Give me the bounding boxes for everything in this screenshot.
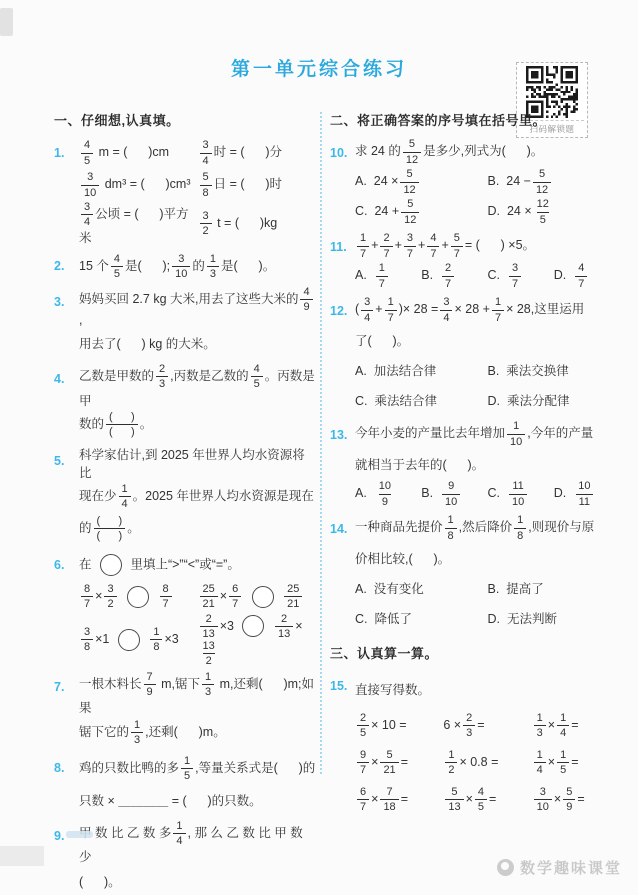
fraction: 14 (173, 820, 185, 847)
question-line: 今年小麦的产量比去年增加110,今年的产量 (355, 419, 620, 449)
fraction: 512 (400, 168, 418, 195)
fraction: 47 (575, 262, 587, 289)
fraction: ( )( ) (106, 411, 138, 438)
fraction: 37 (404, 232, 416, 259)
question-cell: 科学家估计,到 2025 年世界人均水资源将比 (79, 445, 316, 481)
question-14: 14.一种商品先提价18,然后降价18,则现价与原价相比较,( )。A. 没有变… (330, 513, 620, 633)
question-cell: 45 m = ( )cm (79, 139, 198, 166)
fraction: 513 (445, 786, 463, 813)
question-cell: 38×1 18×3 (79, 626, 198, 653)
question-line: 一种商品先提价18,然后降价18,则现价与原 (355, 513, 620, 543)
right-column: 二、将正确答案的序号填在括号里。 10.求 24 的512是多少,列式为( )。… (326, 108, 620, 895)
question-line: 价相比较,( )。 (355, 543, 620, 573)
fraction: 17 (492, 296, 504, 323)
question-cell: 直接写得数。 (355, 680, 620, 698)
comparison-circle (252, 586, 274, 608)
question-cell: 513×45= (443, 786, 531, 813)
question-cell: 锯下它的13,还剩( )m。 (79, 719, 316, 746)
question-cell: 213×3 213×132 (198, 613, 317, 667)
question-cell: 乙数是甲数的23,丙数是乙数的45。丙数是甲 (79, 363, 316, 408)
fraction: 23 (463, 712, 475, 739)
question-cell: A. 109 (355, 480, 421, 507)
section-3-questions: 15.直接写得数。25× 10 =6 ×23=13×14=97×521=12× … (330, 670, 620, 818)
question-cell: B. 24 −512 (488, 168, 621, 195)
question-cell: 数的( )( )。 (79, 411, 316, 438)
question-body: 15 个45是( );310的13是( )。 (79, 250, 316, 282)
question-line: 甲 数 比 乙 数 多14, 那 么 乙 数 比 甲 数 少 (79, 820, 316, 865)
fraction: 87 (160, 583, 172, 610)
fraction: 310 (172, 253, 190, 280)
question-line: 现在少14。2025 年世界人均水资源是现在 (79, 481, 316, 513)
fraction: 1011 (575, 480, 593, 507)
question-cell: 妈妈买回 2.7 kg 大米,用去了这些大米的49, (79, 286, 316, 327)
question-number: 6. (54, 549, 79, 667)
question-cell: 一种商品先提价18,然后降价18,则现价与原 (355, 514, 620, 541)
fraction: 2521 (200, 583, 218, 610)
fraction: 110 (507, 420, 525, 447)
fraction: 512 (401, 198, 419, 225)
question-6: 6.在 里填上“>”“<”或“=”。87×32 872521×67 252138… (54, 549, 316, 667)
fraction: 34 (361, 296, 373, 323)
fraction: 45 (111, 253, 123, 280)
question-line: 鸡的只数比鸭的多15,等量关系式是( )的 (79, 752, 316, 784)
fraction: 34 (440, 296, 452, 323)
question-cell: 12× 0.8 = (443, 749, 531, 776)
question-line: 310 dm³ = ( )cm³58日 = ( )时 (79, 169, 316, 201)
question-body: 乙数是甲数的23,丙数是乙数的45。丙数是甲数的( )( )。 (79, 363, 316, 440)
question-cell: 用去了( ) kg 的大米。 (79, 334, 316, 352)
fraction: 213 (275, 613, 293, 640)
question-cell: A. 24 ×512 (355, 168, 488, 195)
question-line: A. 24 ×512B. 24 −512 (355, 167, 620, 197)
fraction: 67 (357, 786, 369, 813)
fraction: 37 (509, 262, 521, 289)
question-1: 1.45 m = ( )cm34时 = ( )分310 dm³ = ( )cm³… (54, 137, 316, 246)
question-body: 今年小麦的产量比去年增加110,今年的产量就相当于去年的( )。A. 109B.… (355, 419, 620, 509)
left-column: 一、仔细想,认真填。 1.45 m = ( )cm34时 = ( )分310 d… (54, 108, 316, 895)
question-cell: B. 910 (421, 480, 487, 507)
fraction: 132 (200, 640, 218, 667)
question-line: A. 加法结合律B. 乘法交换律 (355, 355, 620, 385)
question-cell: 价相比较,( )。 (355, 549, 620, 567)
question-cell: 34公顷 = ( )平方米 (79, 201, 198, 246)
question-body: 鸡的只数比鸭的多15,等量关系式是( )的只数 × ＿＿＿＿ = ( )的只数。 (79, 752, 316, 816)
question-number: 13. (330, 419, 355, 509)
fraction: 310 (534, 786, 552, 813)
question-cell: 14×15= (532, 749, 620, 776)
comparison-circle (100, 554, 122, 576)
question-line: 就相当于去年的( )。 (355, 449, 620, 479)
question-13: 13.今年小麦的产量比去年增加110,今年的产量就相当于去年的( )。A. 10… (330, 419, 620, 509)
question-line: 87×32 872521×67 2521 (79, 581, 316, 613)
fraction: 12 (445, 749, 457, 776)
question-cell: 鸡的只数比鸭的多15,等量关系式是( )的 (79, 755, 316, 782)
section-2-header: 二、将正确答案的序号填在括号里。 (330, 110, 620, 129)
question-cell: 求 24 的512是多少,列式为( )。 (355, 138, 620, 165)
question-cell: B. 提高了 (488, 579, 621, 597)
question-number: 7. (54, 671, 79, 748)
fraction: 910 (442, 480, 460, 507)
question-body: 一根木料长79 m,锯下13 m,还剩( )m;如果锯下它的13,还剩( )m。 (79, 671, 316, 748)
question-cell: C. 37 (488, 262, 554, 289)
question-body: 45 m = ( )cm34时 = ( )分310 dm³ = ( )cm³58… (79, 137, 316, 246)
question-cell: 2521×67 2521 (198, 583, 317, 610)
question-cell: A. 没有变化 (355, 579, 488, 597)
fraction: 45 (81, 139, 93, 166)
fraction: 125 (534, 198, 552, 225)
question-line: 25× 10 =6 ×23=13×14= (355, 707, 620, 744)
question-cell: C. 乘法结合律 (355, 391, 488, 409)
fraction: 13 (202, 671, 214, 698)
question-line: C. 降低了D. 无法判断 (355, 603, 620, 633)
fraction: 13 (534, 712, 546, 739)
question-line: (34+17)× 28 =34× 28 +17× 28,这里运用 (355, 295, 620, 325)
question-cell: 的( )( )。 (79, 515, 316, 542)
question-line: 了( )。 (355, 325, 620, 355)
question-line: 34公顷 = ( )平方米32 t = ( )kg (79, 201, 316, 246)
comparison-circle (118, 629, 140, 651)
question-4: 4.乙数是甲数的23,丙数是乙数的45。丙数是甲数的( )( )。 (54, 363, 316, 440)
question-line: 一根木料长79 m,锯下13 m,还剩( )m;如果 (79, 671, 316, 716)
question-line: A. 17B. 27C. 37D. 47 (355, 261, 620, 291)
question-cell: 87×32 87 (79, 583, 198, 610)
question-8: 8.鸡的只数比鸭的多15,等量关系式是( )的只数 × ＿＿＿＿ = ( )的只… (54, 752, 316, 816)
question-body: 甲 数 比 乙 数 多14, 那 么 乙 数 比 甲 数 少( )。 (79, 820, 316, 895)
fraction: 38 (81, 626, 93, 653)
fraction: 17 (385, 296, 397, 323)
question-line: 妈妈买回 2.7 kg 大米,用去了这些大米的49, (79, 286, 316, 327)
fraction: 14 (557, 712, 569, 739)
fraction: 32 (200, 210, 212, 237)
question-line: 只数 × ＿＿＿＿ = ( )的只数。 (79, 784, 316, 816)
page-number-smudge (66, 831, 93, 838)
fraction: 17 (357, 232, 369, 259)
question-cell: 17+27+37+47+57= ( ) ×5。 (355, 232, 620, 259)
question-cell: 97×521= (355, 749, 443, 776)
question-number: 14. (330, 513, 355, 633)
question-12: 12.(34+17)× 28 =34× 28 +17× 28,这里运用了( )。… (330, 295, 620, 415)
question-cell: D. 47 (554, 262, 620, 289)
fraction: 27 (442, 262, 454, 289)
fraction: 512 (533, 168, 551, 195)
question-cell: D. 24 ×125 (488, 198, 621, 225)
question-cell: 6 ×23= (443, 712, 531, 739)
question-body: 直接写得数。25× 10 =6 ×23=13×14=97×521=12× 0.8… (355, 670, 620, 818)
question-cell: C. 1110 (488, 480, 554, 507)
watermark-logo-icon (497, 859, 514, 876)
question-number: 2. (54, 250, 79, 282)
question-cell: C. 24 +512 (355, 198, 488, 225)
question-cell: A. 17 (355, 262, 421, 289)
question-cell: ( )。 (79, 872, 316, 890)
question-cell: D. 无法判断 (488, 609, 621, 627)
column-divider (320, 112, 322, 774)
fraction: 57 (451, 232, 463, 259)
question-line: 38×1 18×3213×3 213×132 (79, 613, 316, 667)
fraction: 25 (357, 712, 369, 739)
question-3: 3.妈妈买回 2.7 kg 大米,用去了这些大米的49,用去了( ) kg 的大… (54, 286, 316, 359)
fraction: 23 (156, 363, 168, 390)
question-cell: (34+17)× 28 =34× 28 +17× 28,这里运用 (355, 296, 620, 323)
question-body: 科学家估计,到 2025 年世界人均水资源将比现在少14。2025 年世界人均水… (79, 445, 316, 545)
fraction: 58 (200, 171, 212, 198)
fraction: 87 (81, 583, 93, 610)
question-cell: 310 dm³ = ( )cm³ (79, 171, 198, 198)
question-line: 97×521=12× 0.8 =14×15= (355, 744, 620, 781)
fraction: 18 (514, 514, 526, 541)
question-cell: D. 1011 (554, 480, 620, 507)
question-11: 11.17+27+37+47+57= ( ) ×5。A. 17B. 27C. 3… (330, 231, 620, 291)
question-9: 9.甲 数 比 乙 数 多14, 那 么 乙 数 比 甲 数 少( )。 (54, 820, 316, 895)
question-line: 科学家估计,到 2025 年世界人均水资源将比 (79, 445, 316, 481)
question-body: 一种商品先提价18,然后降价18,则现价与原价相比较,( )。A. 没有变化B.… (355, 513, 620, 633)
question-cell: 13×14= (532, 712, 620, 739)
question-cell: 310×59= (532, 786, 620, 813)
fraction: 310 (81, 171, 99, 198)
fraction: 109 (376, 480, 394, 507)
question-line: 锯下它的13,还剩( )m。 (79, 716, 316, 748)
question-line: ( )。 (79, 865, 316, 895)
question-line: C. 24 +512D. 24 ×125 (355, 197, 620, 227)
content-columns: 一、仔细想,认真填。 1.45 m = ( )cm34时 = ( )分310 d… (54, 108, 620, 895)
question-number: 8. (54, 752, 79, 816)
question-number: 4. (54, 363, 79, 440)
fraction: 718 (380, 786, 398, 813)
question-number: 12. (330, 295, 355, 415)
fraction: 45 (251, 363, 263, 390)
fraction: 14 (534, 749, 546, 776)
comparison-circle (242, 615, 264, 637)
question-cell: B. 乘法交换律 (488, 361, 621, 379)
question-line: A. 109B. 910C. 1110D. 1011 (355, 479, 620, 509)
question-cell: 现在少14。2025 年世界人均水资源是现在 (79, 483, 316, 510)
fraction: 15 (181, 755, 193, 782)
fraction: 97 (357, 749, 369, 776)
question-2: 2.15 个45是( );310的13是( )。 (54, 250, 316, 282)
question-5: 5.科学家估计,到 2025 年世界人均水资源将比现在少14。2025 年世界人… (54, 445, 316, 545)
question-body: (34+17)× 28 =34× 28 +17× 28,这里运用了( )。A. … (355, 295, 620, 415)
fraction: 45 (475, 786, 487, 813)
fraction: 18 (150, 626, 162, 653)
question-cell: 甲 数 比 乙 数 多14, 那 么 乙 数 比 甲 数 少 (79, 820, 316, 865)
fraction: 213 (200, 613, 218, 640)
question-body: 妈妈买回 2.7 kg 大米,用去了这些大米的49,用去了( ) kg 的大米。 (79, 286, 316, 359)
question-number: 11. (330, 231, 355, 291)
fraction: 521 (380, 749, 398, 776)
question-10: 10.求 24 的512是多少,列式为( )。A. 24 ×512B. 24 −… (330, 137, 620, 227)
question-line: 求 24 的512是多少,列式为( )。 (355, 137, 620, 167)
question-cell: 就相当于去年的( )。 (355, 455, 620, 473)
fraction: 17 (376, 262, 388, 289)
question-line: A. 没有变化B. 提高了 (355, 573, 620, 603)
question-cell: 34时 = ( )分 (198, 139, 317, 166)
section-1-header: 一、仔细想,认真填。 (54, 110, 316, 129)
fraction: 2521 (284, 583, 302, 610)
question-7: 7.一根木料长79 m,锯下13 m,还剩( )m;如果锯下它的13,还剩( )… (54, 671, 316, 748)
scan-artifact-top-left (0, 8, 13, 36)
question-body: 求 24 的512是多少,列式为( )。A. 24 ×512B. 24 −512… (355, 137, 620, 227)
section-2-questions: 10.求 24 的512是多少,列式为( )。A. 24 ×512B. 24 −… (330, 137, 620, 633)
scan-artifact-bottom-left (0, 846, 44, 866)
fraction: 32 (104, 583, 116, 610)
question-line: 17+27+37+47+57= ( ) ×5。 (355, 231, 620, 261)
question-line: 的( )( )。 (79, 513, 316, 545)
question-line: C. 乘法结合律D. 乘法分配律 (355, 385, 620, 415)
fraction: 27 (380, 232, 392, 259)
fraction: 512 (403, 138, 421, 165)
fraction: 13 (207, 253, 219, 280)
question-cell: 了( )。 (355, 331, 620, 349)
question-cell: 67×718= (355, 786, 443, 813)
watermark: 数学趣味课堂 (497, 857, 622, 878)
fraction: 79 (144, 671, 156, 698)
question-number: 10. (330, 137, 355, 227)
fraction: 15 (557, 749, 569, 776)
question-number: 3. (54, 286, 79, 359)
question-line: 在 里填上“>”“<”或“=”。 (79, 549, 316, 581)
section-1-questions: 1.45 m = ( )cm34时 = ( )分310 dm³ = ( )cm³… (54, 137, 316, 895)
question-cell: 32 t = ( )kg (198, 210, 317, 237)
fraction: 47 (427, 232, 439, 259)
question-line: 45 m = ( )cm34时 = ( )分 (79, 137, 316, 169)
question-cell: 58日 = ( )时 (198, 171, 317, 198)
question-line: 乙数是甲数的23,丙数是乙数的45。丙数是甲 (79, 363, 316, 408)
fraction: 59 (563, 786, 575, 813)
question-cell: 今年小麦的产量比去年增加110,今年的产量 (355, 420, 620, 447)
comparison-circle (127, 586, 149, 608)
fraction: 49 (300, 286, 312, 313)
fraction: 67 (229, 583, 241, 610)
watermark-text: 数学趣味课堂 (520, 857, 622, 878)
question-cell: 一根木料长79 m,锯下13 m,还剩( )m;如果 (79, 671, 316, 716)
question-line: 用去了( ) kg 的大米。 (79, 327, 316, 359)
question-number: 5. (54, 445, 79, 545)
fraction: 13 (131, 719, 143, 746)
fraction: 14 (119, 483, 131, 510)
question-15: 15.直接写得数。25× 10 =6 ×23=13×14=97×521=12× … (330, 670, 620, 818)
question-line: 数的( )( )。 (79, 409, 316, 441)
question-cell: 15 个45是( );310的13是( )。 (79, 253, 316, 280)
question-line: 直接写得数。 (355, 670, 620, 707)
question-body: 在 里填上“>”“<”或“=”。87×32 872521×67 252138×1… (79, 549, 316, 667)
question-number: 1. (54, 137, 79, 246)
question-cell: A. 加法结合律 (355, 361, 488, 379)
question-cell: 在 里填上“>”“<”或“=”。 (79, 554, 316, 576)
question-cell: C. 降低了 (355, 609, 488, 627)
question-number: 15. (330, 670, 355, 818)
question-line: 15 个45是( );310的13是( )。 (79, 250, 316, 282)
fraction: 34 (200, 139, 212, 166)
question-cell: 25× 10 = (355, 712, 443, 739)
question-cell: B. 27 (421, 262, 487, 289)
question-line: 67×718=513×45=310×59= (355, 781, 620, 818)
question-cell: 只数 × ＿＿＿＿ = ( )的只数。 (79, 791, 316, 809)
fraction: ( )( ) (94, 515, 126, 542)
fraction: 18 (445, 514, 457, 541)
fraction: 1110 (509, 480, 527, 507)
question-body: 17+27+37+47+57= ( ) ×5。A. 17B. 27C. 37D.… (355, 231, 620, 291)
section-3-header: 三、认真算一算。 (330, 643, 620, 662)
question-cell: D. 乘法分配律 (488, 391, 621, 409)
fraction: 34 (81, 201, 93, 228)
